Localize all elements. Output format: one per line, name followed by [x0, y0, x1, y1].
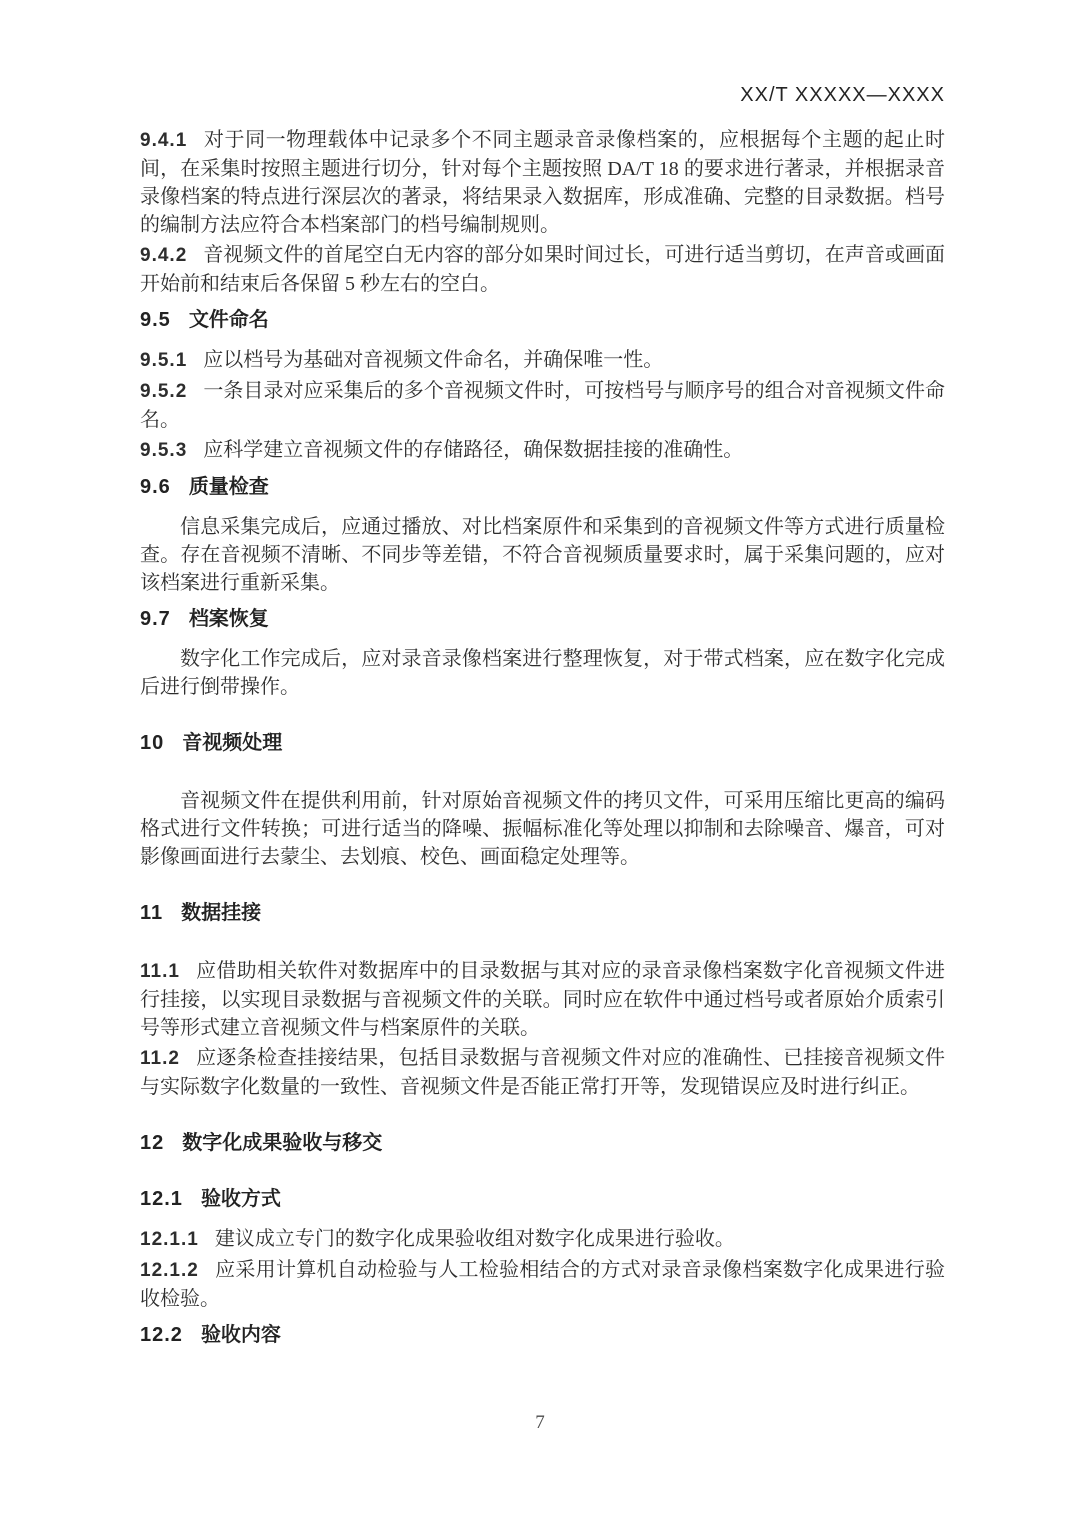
heading-number: 12.2 [140, 1324, 183, 1346]
heading-9-5: 9.5文件命名 [140, 308, 945, 332]
clause-number: 9.5.2 [140, 381, 187, 402]
clause-number: 9.5.1 [140, 350, 187, 371]
document-code-header: XX/T XXXXX—XXXX [740, 84, 945, 107]
clause-11-1: 11.1应借助相关软件对数据库中的目录数据与其对应的录音录像档案数字化音视频文件… [140, 957, 945, 1042]
page-number: 7 [0, 1412, 1080, 1434]
clause-number: 9.4.2 [140, 245, 187, 266]
clause-9-5-3: 9.5.3应科学建立音视频文件的存储路径，确保数据挂接的准确性。 [140, 436, 945, 465]
clause-number: 11.1 [140, 961, 180, 982]
heading-text: 验收内容 [201, 1324, 281, 1346]
clause-text: 一条目录对应采集后的多个音视频文件时，可按档号与顺序号的组合对音视频文件命名。 [140, 380, 945, 431]
clause-text: 应借助相关软件对数据库中的目录数据与其对应的录音录像档案数字化音视频文件进行挂接… [140, 960, 945, 1039]
clause-number: 9.5.3 [140, 440, 187, 461]
clause-text: 对于同一物理载体中记录多个不同主题录音录像档案的，应根据每个主题的起止时间，在采… [140, 129, 945, 236]
clause-number: 11.2 [140, 1048, 180, 1069]
heading-text: 数据挂接 [181, 902, 261, 924]
heading-text: 档案恢复 [189, 608, 269, 630]
clause-text: 音视频文件的首尾空白无内容的部分如果时间过长，可进行适当剪切，在声音或画面开始前… [140, 244, 945, 295]
heading-number: 9.7 [140, 608, 171, 630]
clause-9-5-2: 9.5.2一条目录对应采集后的多个音视频文件时，可按档号与顺序号的组合对音视频文… [140, 377, 945, 434]
paragraph-archive-restore: 数字化工作完成后，应对录音录像档案进行整理恢复，对于带式档案，应在数字化完成后进… [140, 645, 945, 701]
heading-12-2: 12.2验收内容 [140, 1323, 945, 1347]
heading-number: 9.6 [140, 476, 171, 498]
heading-number: 12.1 [140, 1188, 183, 1210]
clause-12-1-1: 12.1.1建议成立专门的数字化成果验收组对数字化成果进行验收。 [140, 1225, 945, 1254]
heading-text: 验收方式 [201, 1188, 281, 1210]
clause-text: 应以档号为基础对音视频文件命名，并确保唯一性。 [203, 349, 663, 371]
clause-text: 应采用计算机自动检验与人工检验相结合的方式对录音录像档案数字化成果进行验收检验。 [140, 1259, 945, 1310]
paragraph-quality-check: 信息采集完成后，应通过播放、对比档案原件和采集到的音视频文件等方式进行质量检查。… [140, 513, 945, 597]
document-page: XX/T XXXXX—XXXX 9.4.1对于同一物理载体中记录多个不同主题录音… [0, 0, 1080, 1528]
paragraph-av-processing: 音视频文件在提供利用前，针对原始音视频文件的拷贝文件，可采用压缩比更高的编码格式… [140, 787, 945, 871]
clause-text: 建议成立专门的数字化成果验收组对数字化成果进行验收。 [215, 1228, 735, 1250]
clause-text: 应逐条检查挂接结果，包括目录数据与音视频文件对应的准确性、已挂接音视频文件与实际… [140, 1047, 945, 1098]
heading-number: 11 [140, 902, 163, 924]
clause-11-2: 11.2应逐条检查挂接结果，包括目录数据与音视频文件对应的准确性、已挂接音视频文… [140, 1044, 945, 1101]
clause-number: 12.1.2 [140, 1260, 199, 1281]
clause-9-4-1: 9.4.1对于同一物理载体中记录多个不同主题录音录像档案的，应根据每个主题的起止… [140, 126, 945, 239]
clause-number: 9.4.1 [140, 130, 187, 151]
heading-text: 音视频处理 [182, 732, 282, 754]
heading-9-7: 9.7档案恢复 [140, 607, 945, 631]
heading-11: 11数据挂接 [140, 901, 945, 925]
clause-9-5-1: 9.5.1应以档号为基础对音视频文件命名，并确保唯一性。 [140, 346, 945, 375]
heading-9-6: 9.6质量检查 [140, 475, 945, 499]
clause-12-1-2: 12.1.2应采用计算机自动检验与人工检验相结合的方式对录音录像档案数字化成果进… [140, 1256, 945, 1313]
heading-number: 10 [140, 732, 164, 754]
heading-12: 12数字化成果验收与移交 [140, 1131, 945, 1155]
clause-text: 应科学建立音视频文件的存储路径，确保数据挂接的准确性。 [203, 439, 743, 461]
heading-10: 10音视频处理 [140, 731, 945, 755]
heading-12-1: 12.1验收方式 [140, 1187, 945, 1211]
heading-text: 数字化成果验收与移交 [182, 1132, 382, 1154]
heading-number: 9.5 [140, 309, 171, 331]
heading-text: 质量检查 [189, 476, 269, 498]
heading-number: 12 [140, 1132, 164, 1154]
clause-9-4-2: 9.4.2音视频文件的首尾空白无内容的部分如果时间过长，可进行适当剪切，在声音或… [140, 241, 945, 298]
heading-text: 文件命名 [189, 309, 269, 331]
document-body: 9.4.1对于同一物理载体中记录多个不同主题录音录像档案的，应根据每个主题的起止… [140, 126, 945, 1361]
clause-number: 12.1.1 [140, 1229, 199, 1250]
